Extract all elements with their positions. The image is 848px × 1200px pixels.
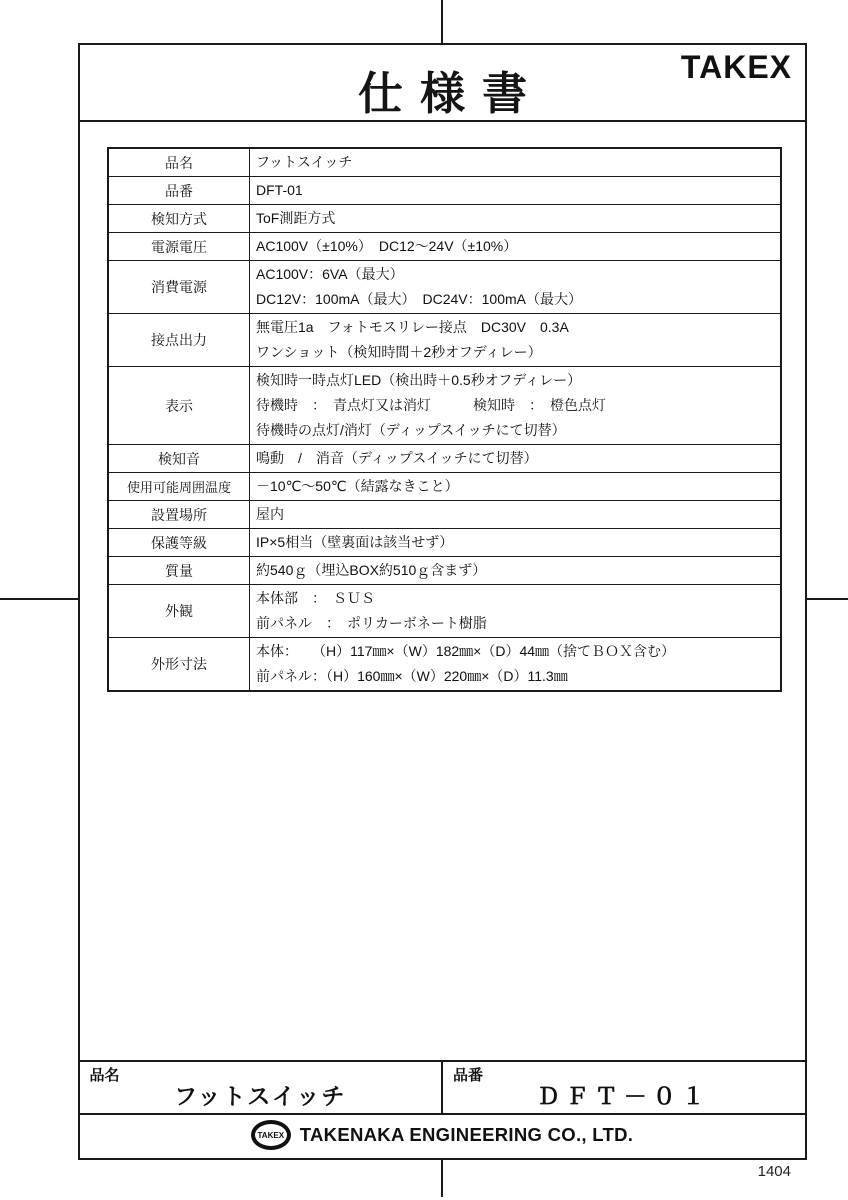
spec-value-line: 本体： （H）117㎜×（W）182㎜×（D）44㎜（捨てＢＯＸ含む） xyxy=(256,639,776,664)
spec-row: 検知方式 ToF測距方式 xyxy=(109,204,780,232)
spec-row: 使用可能周囲温度 －10℃～50℃（結露なきこと） xyxy=(109,472,780,500)
footer: TAKEX TAKENAKA ENGINEERING CO., LTD. xyxy=(80,1113,804,1157)
spec-row: 接点出力 無電圧1a フォトモスリレー接点 DC30V 0.3A ワンショット（… xyxy=(109,313,780,366)
spec-row: 保護等級 IP×5相当（壁裏面は該当せず） xyxy=(109,528,780,556)
spec-label: 外観 xyxy=(109,585,250,637)
spec-value-line: DFT-01 xyxy=(256,178,776,203)
spec-value-line: フットスイッチ xyxy=(256,150,776,175)
spec-value-line: ワンショット（検知時間＋2秒オフディレー） xyxy=(256,340,776,365)
crop-mark-bottom xyxy=(441,1160,443,1197)
page-number: 1404 xyxy=(758,1163,791,1180)
spec-value-line: 約540ｇ（埋込BOX約510ｇ含まず） xyxy=(256,558,776,583)
brand-logo-text: TAKEX xyxy=(681,49,792,86)
spec-label: 使用可能周囲温度 xyxy=(109,473,250,500)
takex-logo-icon: TAKEX xyxy=(251,1120,291,1150)
document-frame: 仕様書 TAKEX 品名 フットスイッチ 品番 DFT-01 検知方式 ToF測… xyxy=(78,43,807,1160)
spec-value-line: DC12V：100mA（最大） DC24V：100mA（最大） xyxy=(256,287,776,312)
spec-value-line: 待機時の点灯/消灯（ディップスイッチにて切替） xyxy=(256,418,776,443)
spec-row: 設置場所 屋内 xyxy=(109,500,780,528)
crop-mark-top xyxy=(441,0,443,43)
spec-value-line: AC100V（±10%） DC12～24V（±10%） xyxy=(256,234,776,259)
spec-label: 表示 xyxy=(109,367,250,444)
spec-label: 外形寸法 xyxy=(109,638,250,690)
spec-value-line: 鳴動 / 消音（ディップスイッチにて切替） xyxy=(256,446,776,471)
company-name: TAKENAKA ENGINEERING CO., LTD. xyxy=(300,1124,633,1146)
spec-value-line: 無電圧1a フォトモスリレー接点 DC30V 0.3A xyxy=(256,315,776,340)
spec-row: 電源電圧 AC100V（±10%） DC12～24V（±10%） xyxy=(109,232,780,260)
spec-label: 検知方式 xyxy=(109,205,250,232)
spec-value-line: AC100V：6VA（最大） xyxy=(256,262,776,287)
spec-label: 保護等級 xyxy=(109,529,250,556)
spec-row: 外形寸法 本体： （H）117㎜×（W）182㎜×（D）44㎜（捨てＢＯＸ含む）… xyxy=(109,637,780,690)
spec-value-line: IP×5相当（壁裏面は該当せず） xyxy=(256,530,776,555)
product-number-value: ＤＦＴ－０１ xyxy=(443,1062,805,1111)
spec-label: 質量 xyxy=(109,557,250,584)
product-name-value: フットスイッチ xyxy=(80,1062,442,1111)
product-number-label: 品番 xyxy=(453,1064,483,1085)
spec-value-line: 本体部 ： ＳＵＳ xyxy=(256,586,776,611)
spec-row: 消費電源 AC100V：6VA（最大） DC12V：100mA（最大） DC24… xyxy=(109,260,780,313)
spec-label: 消費電源 xyxy=(109,261,250,313)
spec-row: 表示 検知時一時点灯LED（検出時＋0.5秒オフディレー） 待機時 ： 青点灯又… xyxy=(109,366,780,444)
spec-value-line: 屋内 xyxy=(256,502,776,527)
spec-label: 接点出力 xyxy=(109,314,250,366)
spec-value-line: 検知時一時点灯LED（検出時＋0.5秒オフディレー） xyxy=(256,368,776,393)
spec-row: 品名 フットスイッチ xyxy=(109,149,780,176)
title-block-number-cell: 品番 ＤＦＴ－０１ xyxy=(443,1062,805,1113)
spec-row: 外観 本体部 ： ＳＵＳ 前パネル ： ポリカーボネート樹脂 xyxy=(109,584,780,637)
product-name-label: 品名 xyxy=(90,1064,120,1085)
spec-row: 検知音 鳴動 / 消音（ディップスイッチにて切替） xyxy=(109,444,780,472)
crop-mark-right xyxy=(806,598,848,600)
title-block-name-cell: 品名 フットスイッチ xyxy=(80,1062,444,1113)
spec-row: 品番 DFT-01 xyxy=(109,176,780,204)
spec-value-line: －10℃～50℃（結露なきこと） xyxy=(256,474,776,499)
crop-mark-left xyxy=(0,598,78,600)
spec-table: 品名 フットスイッチ 品番 DFT-01 検知方式 ToF測距方式 電源電圧 A… xyxy=(107,147,782,692)
spec-value-line: ToF測距方式 xyxy=(256,206,776,231)
spec-label: 設置場所 xyxy=(109,501,250,528)
spec-value-line: 前パネル ： ポリカーボネート樹脂 xyxy=(256,611,776,636)
spec-label: 検知音 xyxy=(109,445,250,472)
spec-value-line: 待機時 ： 青点灯又は消灯 検知時 ： 橙色点灯 xyxy=(256,393,776,418)
spec-label: 電源電圧 xyxy=(109,233,250,260)
spec-row: 質量 約540ｇ（埋込BOX約510ｇ含まず） xyxy=(109,556,780,584)
title-block: 品名 フットスイッチ 品番 ＤＦＴ－０１ xyxy=(78,1060,807,1115)
spec-label: 品名 xyxy=(109,149,250,176)
document-header: 仕様書 TAKEX xyxy=(80,45,805,122)
spec-label: 品番 xyxy=(109,177,250,204)
spec-value-line: 前パネル：（H）160㎜×（W）220㎜×（D）11.3㎜ xyxy=(256,664,776,689)
